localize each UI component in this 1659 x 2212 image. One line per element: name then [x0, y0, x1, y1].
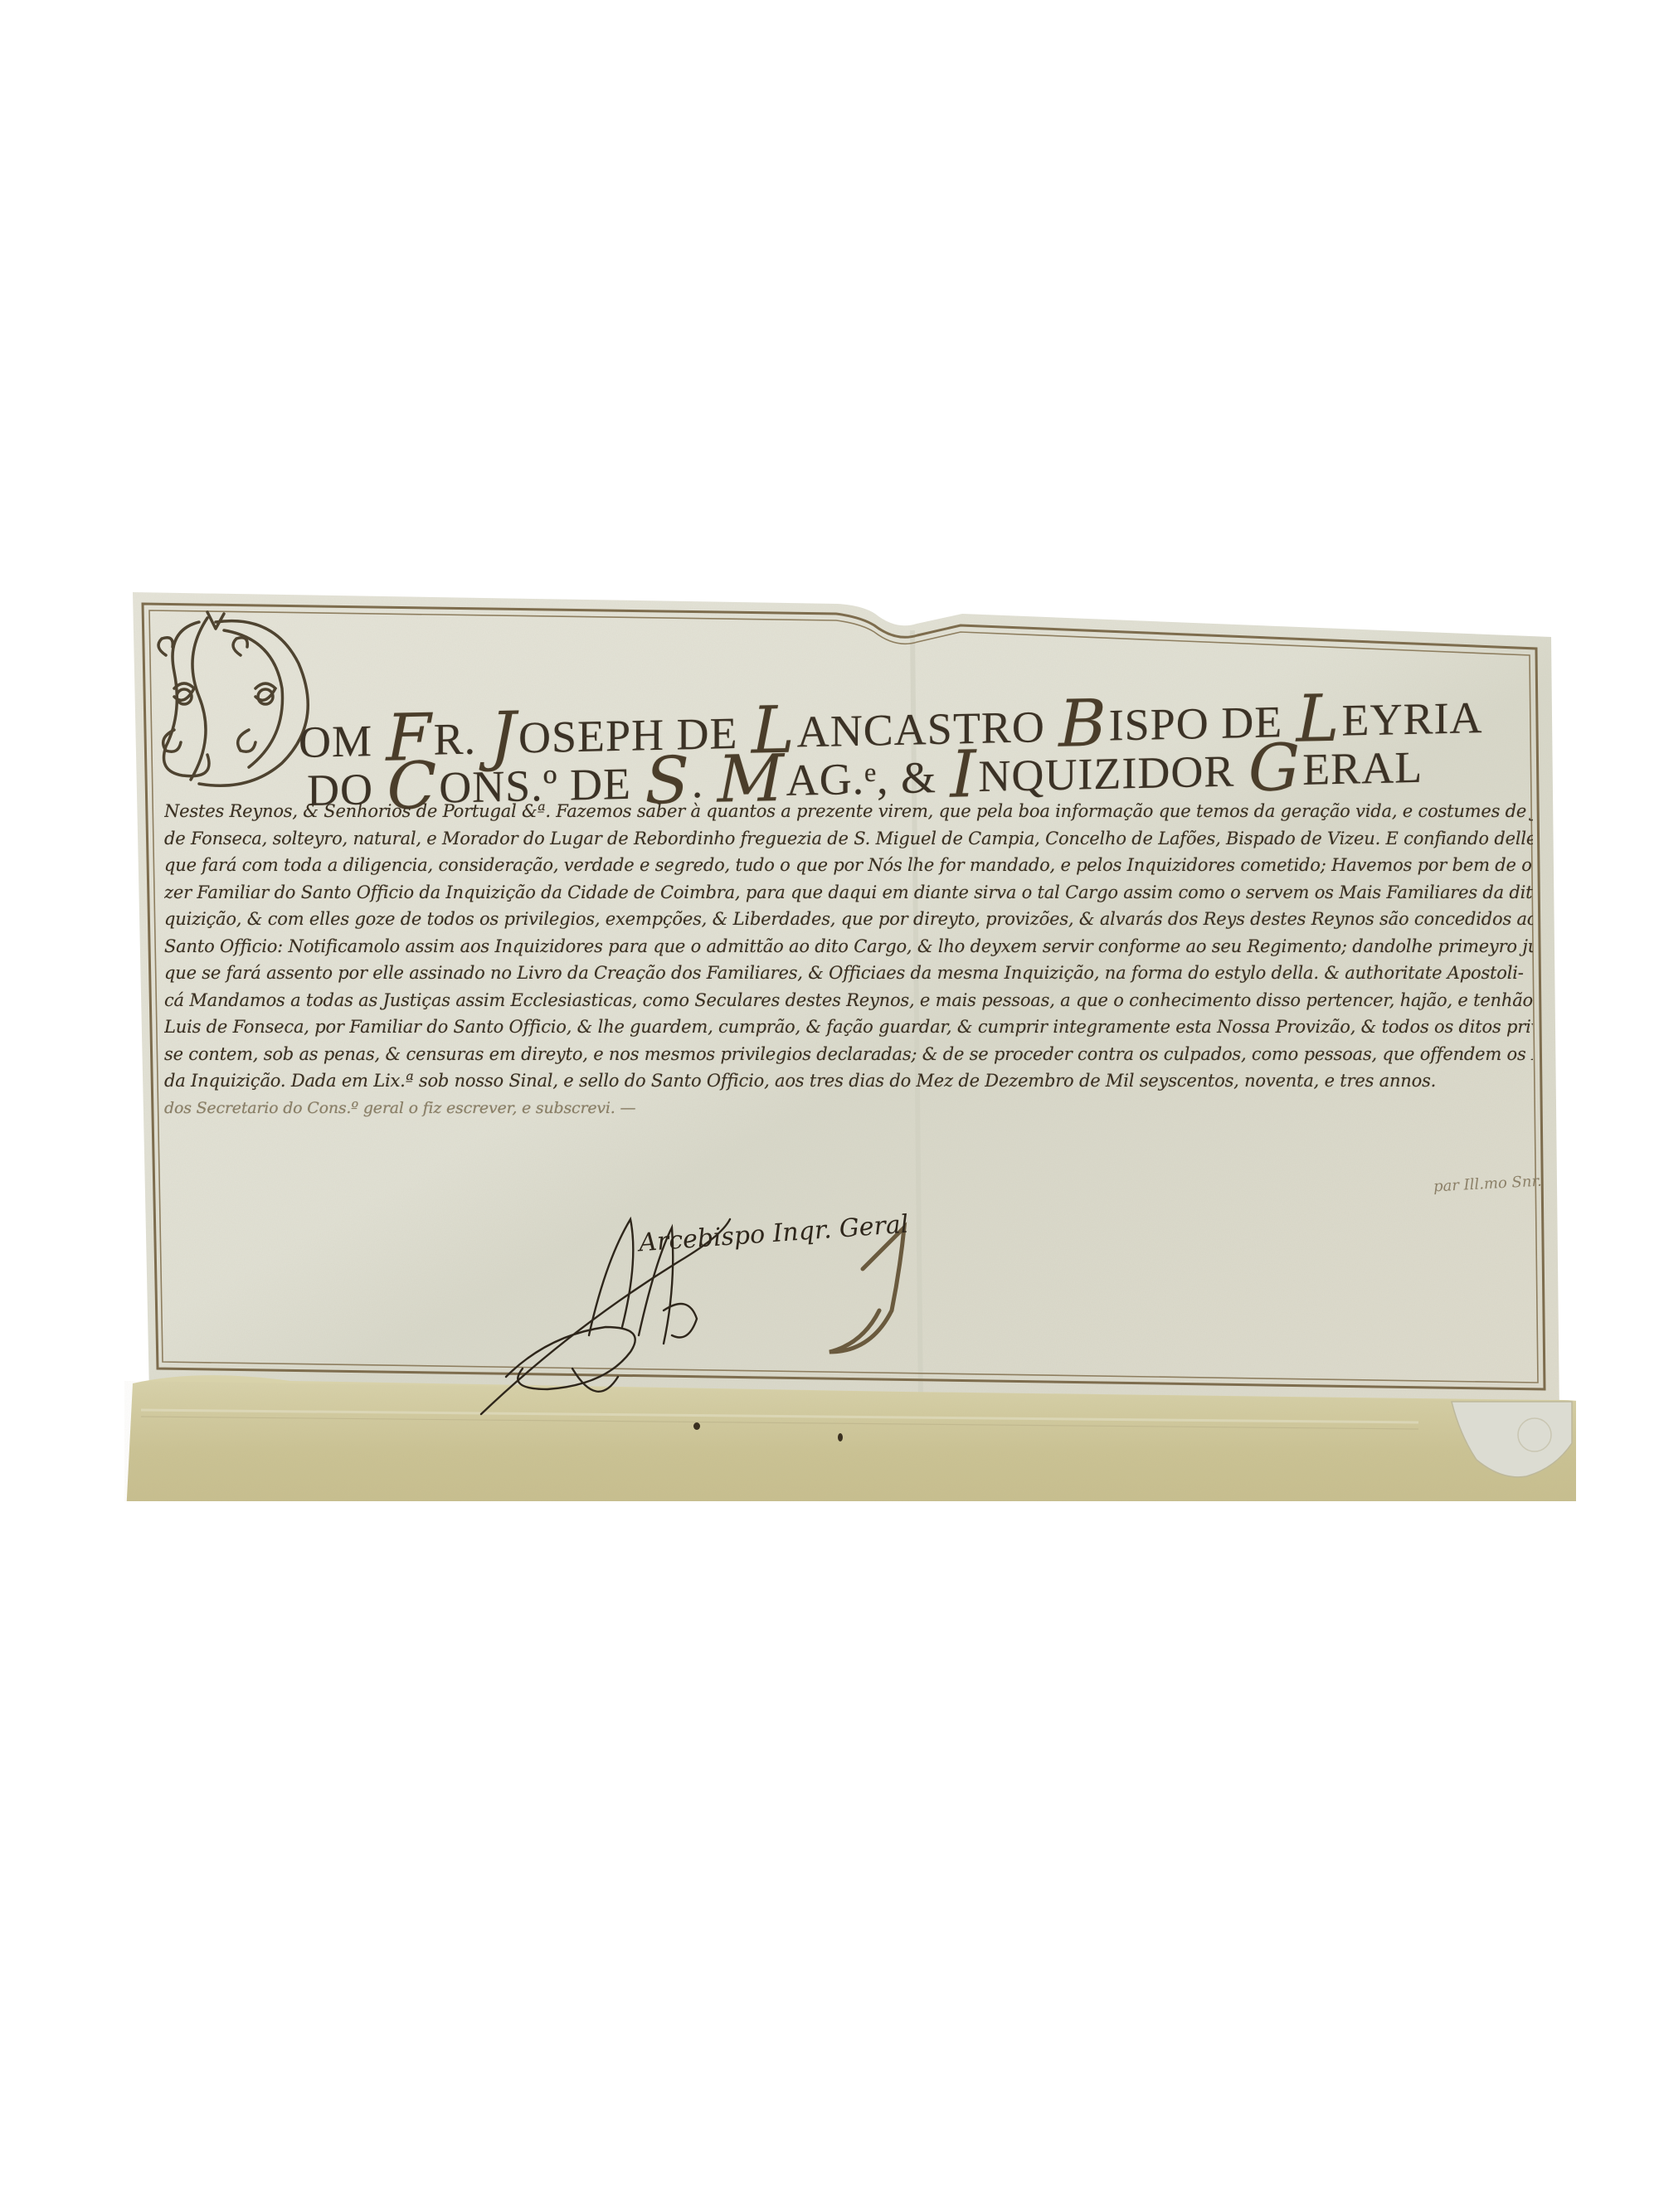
parchment-document: OM FR. JOSEPH DE LANCASTRO BISPO DE LEYR… [124, 581, 1576, 1501]
body-line: cá Mandamos a todas as Justiças assim Ec… [164, 987, 1533, 1014]
body-line: quizição, & com elles goze de todos os p… [164, 906, 1533, 933]
parchment-hole [838, 1433, 843, 1441]
secretary-note: dos Secretario do Cons.º geral o fiz esc… [164, 1095, 1533, 1122]
body-line: que fará com toda a diligencia, consider… [164, 852, 1533, 879]
body-line: Nestes Reynos, & Senhorios de Portugal &… [164, 798, 1533, 825]
body-line: se contem, sob as penas, & censuras em d… [164, 1041, 1533, 1068]
body-line: Luis de Fonseca, por Familiar do Santo O… [164, 1014, 1533, 1041]
body-line: Santo Officio: Notificamolo assim aos In… [164, 933, 1533, 960]
body-line: da Inquizição. Dada em Lix.ª sob nosso S… [164, 1067, 1533, 1095]
parchment-hole [693, 1422, 700, 1430]
body-line: de Fonseca, solteyro, natural, e Morador… [164, 825, 1533, 853]
ornamental-initial-d-icon [149, 605, 324, 796]
body-line: que se fará assento por elle assinado no… [164, 960, 1533, 987]
body-line: zer Familiar do Santo Officio da Inquizi… [164, 879, 1533, 907]
document-body: Nestes Reynos, & Senhorios de Portugal &… [164, 798, 1533, 1121]
photo-background: OM FR. JOSEPH DE LANCASTRO BISPO DE LEYR… [0, 0, 1659, 2212]
